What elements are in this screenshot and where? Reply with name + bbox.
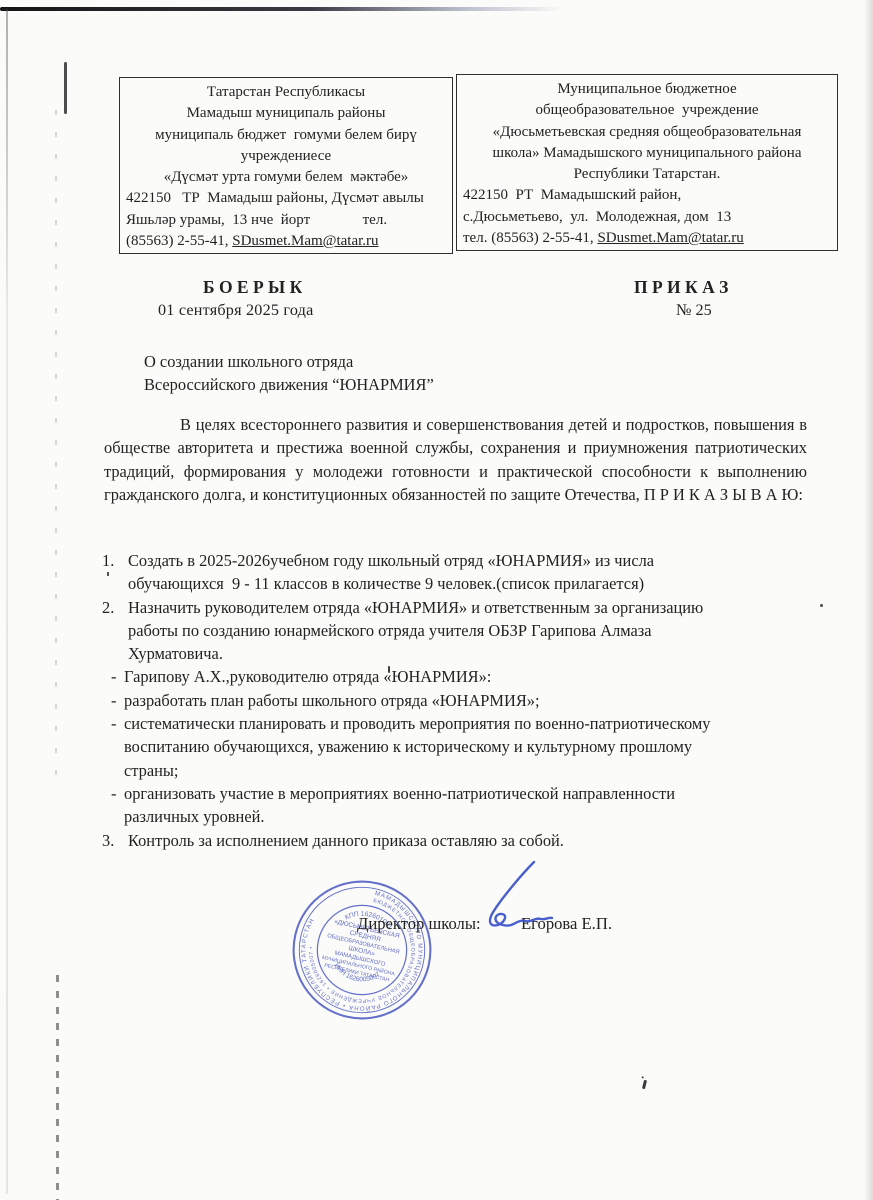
- scan-artifact-top-line: [0, 7, 565, 11]
- official-stamp: МАМАДЫШСКОГО МУНИЦИПАЛЬНОГО РАЙОНА • РЕС…: [286, 874, 438, 1026]
- order-title-russian: П Р И К А З: [634, 277, 728, 298]
- letterhead-line: «Дюсьметьевская средняя общеобразователь…: [457, 122, 837, 143]
- order-subitem-1: - Гарипову А.Х.,руководителю отряда «ЮНА…: [111, 665, 818, 688]
- item-text: разработать план работы школьного отряда…: [124, 689, 818, 712]
- scan-artifact-dashes-light: [55, 110, 57, 790]
- item-text: Гарипову А.Х.,руководителю отряда «ЮНАРМ…: [124, 665, 818, 688]
- phone-text: тел. (85563) 2-55-41,: [463, 230, 597, 246]
- scan-artifact-left-tick: [64, 62, 67, 114]
- letterhead-line: учреждениесе: [120, 146, 452, 167]
- item-text: Создать в 2025-2026учебном году школьный…: [128, 549, 818, 596]
- letterhead-contact-line: тел. (85563) 2-55-41, SDusmet.Mam@tatar.…: [457, 228, 837, 249]
- scan-artifact-dashes-dark: [56, 975, 59, 1200]
- item-marker: -: [111, 712, 124, 735]
- order-subitem-2: - разработать план работы школьного отря…: [111, 689, 818, 712]
- letterhead-box-russian: Муниципальное бюджетное общеобразователь…: [456, 74, 838, 251]
- item-text: организовать участие в мероприятиях воен…: [124, 782, 818, 829]
- email-text: SDusmet.Mam@tatar.ru: [597, 230, 743, 246]
- item-text: Назначить руководителем отряда «ЮНАРМИЯ»…: [128, 596, 818, 666]
- item-marker: -: [111, 665, 124, 688]
- letterhead-address-line: Яшьләр урамы, 13 нче йорт тел.: [120, 210, 452, 231]
- letterhead-address-line: 422150 ТР Мамадыш районы, Дүсмәт авылы: [120, 188, 452, 209]
- order-item-3: 3. Контроль за исполнением данного прика…: [102, 829, 818, 852]
- item-text: Контроль за исполнением данного приказа …: [128, 829, 818, 852]
- order-item-1: 1. Создать в 2025-2026учебном году школь…: [102, 549, 818, 596]
- item-marker: 3.: [102, 829, 128, 852]
- order-subitem-4: - организовать участие в мероприятиях во…: [111, 782, 818, 829]
- letterhead-address-line: с.Дюсьметьево, ул. Молодежная, дом 13: [457, 207, 837, 228]
- order-title-tatar: Б О Е Р Ы К: [203, 277, 302, 298]
- order-item-2: 2. Назначить руководителем отряда «ЮНАРМ…: [102, 596, 818, 666]
- order-date: 01 сентября 2025 года: [158, 301, 314, 320]
- signature-scribble: [452, 856, 572, 941]
- subject-line: О создании школьного отряда: [144, 351, 434, 374]
- letterhead-line: школа» Мамадышского муниципального район…: [457, 143, 837, 164]
- order-number: № 25: [676, 301, 712, 320]
- scan-artifact-right-edge: [864, 0, 873, 1200]
- letterhead-line: «Дүсмәт урта гомуми белем мәктәбе»: [120, 167, 452, 188]
- order-preamble: В целях всестороннего развития и соверше…: [104, 413, 807, 506]
- item-text: систематически планировать и проводить м…: [124, 712, 818, 782]
- letterhead-box-tatar: Татарстан Республикасы Мамадыш муниципал…: [119, 77, 453, 254]
- phone-text: (85563) 2-55-41,: [126, 233, 232, 249]
- scanned-order-document: Татарстан Республикасы Мамадыш муниципал…: [0, 0, 873, 1200]
- letterhead-address-line: 422150 РТ Мамадышский район,: [457, 185, 837, 206]
- item-marker: -: [111, 689, 124, 712]
- scan-artifact-left-edge: [6, 9, 8, 1194]
- item-marker: -: [111, 782, 124, 805]
- letterhead-contact-line: (85563) 2-55-41, SDusmet.Mam@tatar.ru: [120, 231, 452, 252]
- scan-artifact-dot: [820, 604, 823, 607]
- order-subject: О создании школьного отряда Всероссийско…: [144, 351, 434, 396]
- letterhead-line: общеобразовательное учреждение: [457, 100, 837, 121]
- letterhead-line: Республики Татарстан.: [457, 164, 837, 185]
- letterhead-line: муниципаль бюджет гомуми белем бирү: [120, 125, 452, 146]
- letterhead-line: Муниципальное бюджетное: [457, 79, 837, 100]
- item-marker: 1.: [102, 549, 128, 572]
- letterhead-line: Мамадыш муниципаль районы: [120, 103, 452, 124]
- order-items-list: 1. Создать в 2025-2026учебном году школь…: [102, 549, 818, 852]
- item-marker: 2.: [102, 596, 128, 619]
- subject-line: Всероссийского движения “ЮНАРМИЯ”: [144, 374, 434, 397]
- order-subitem-3: - систематически планировать и проводить…: [111, 712, 818, 782]
- email-text: SDusmet.Mam@tatar.ru: [232, 233, 378, 249]
- scan-artifact-bottom-mark: [642, 1080, 647, 1089]
- letterhead-line: Татарстан Республикасы: [120, 82, 452, 103]
